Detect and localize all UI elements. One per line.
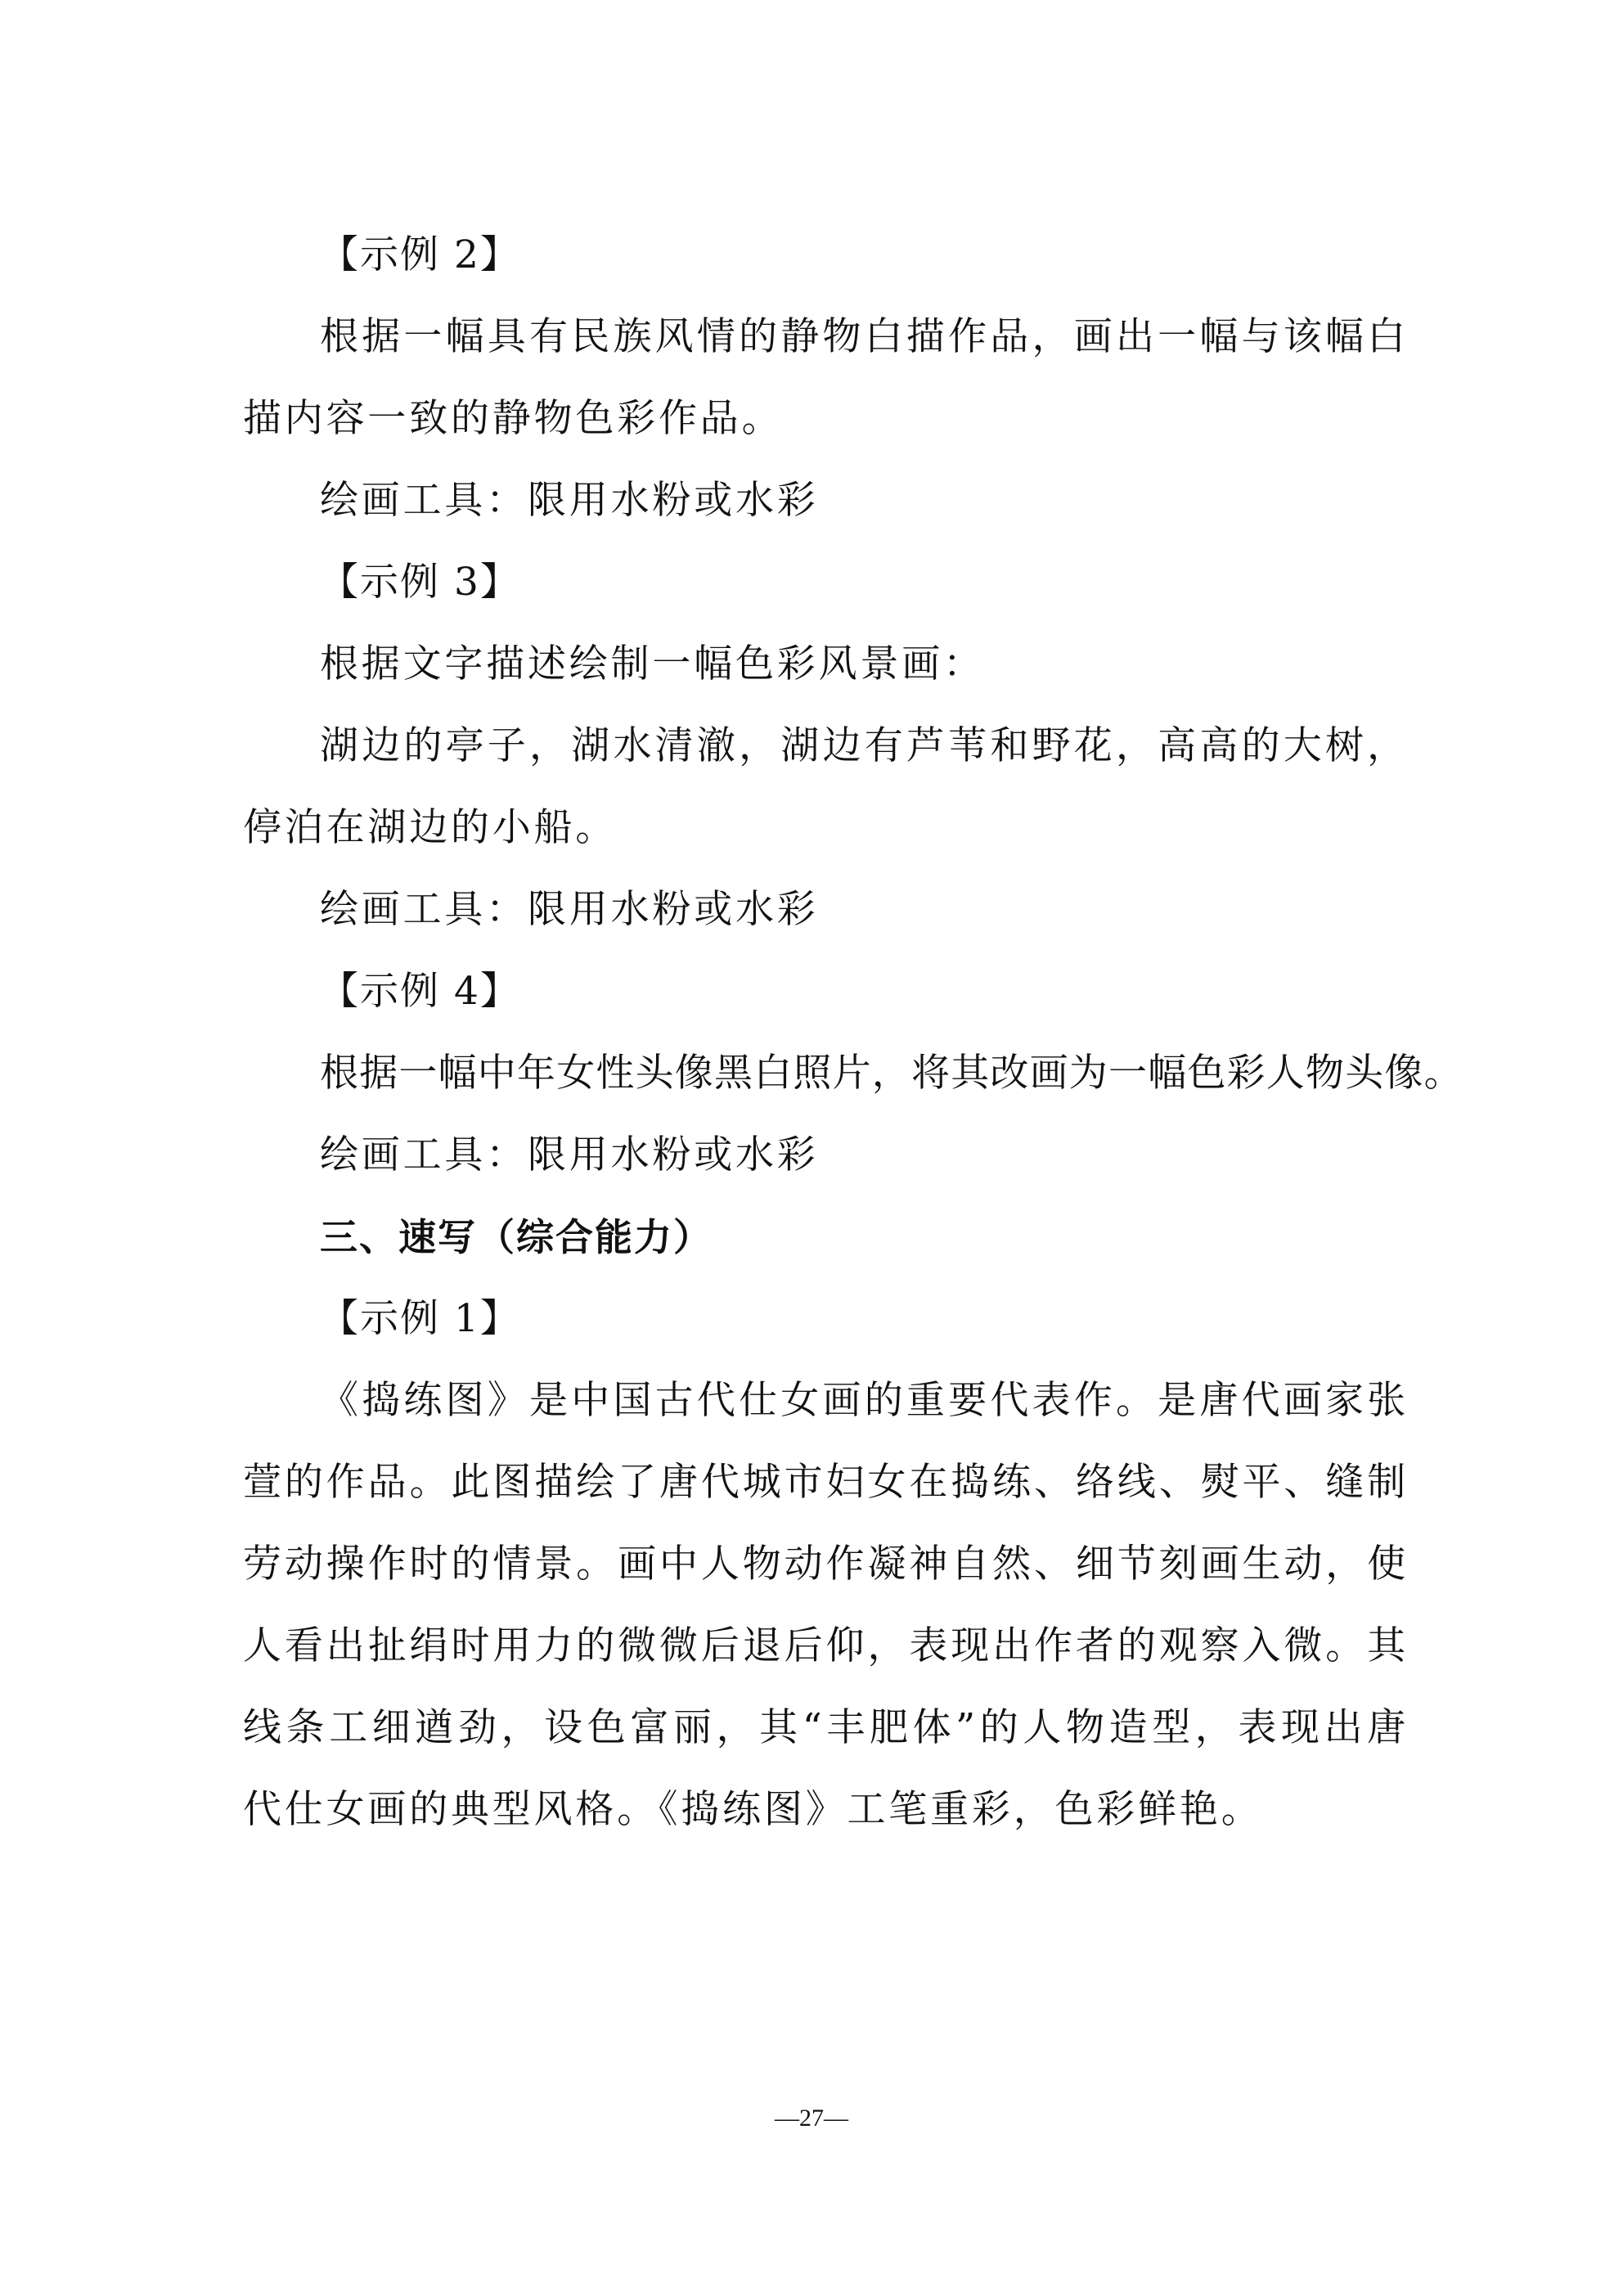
example-2-description: 根据一幅具有民族风情的静物白描作品，画出一幅与该幅白描内容一致的静物色彩作品。 [243,296,1409,460]
example-4-tools: 绘画工具：限用水粉或水彩 [243,1114,1409,1196]
sketch-example-1-description: 《捣练图》是中国古代仕女画的重要代表作。是唐代画家张萱的作品。此图描绘了唐代城市… [243,1360,1409,1851]
example-2-label: 【示例 2】 [243,214,1409,296]
example-3-tools: 绘画工具：限用水粉或水彩 [243,869,1409,951]
example-4-description: 根据一幅中年女性头像黑白照片，将其改画为一幅色彩人物头像。 [243,1033,1409,1114]
example-2-tools: 绘画工具：限用水粉或水彩 [243,460,1409,542]
section-heading: 三、速写（综合能力） [243,1196,1409,1278]
example-3-description: 湖边的亭子，湖水清澈，湖边有芦苇和野花，高高的大树，停泊在湖边的小船。 [243,705,1409,869]
example-3-label: 【示例 3】 [243,542,1409,624]
page-number: —27— [0,2105,1623,2132]
document-page: 【示例 2】 根据一幅具有民族风情的静物白描作品，画出一幅与该幅白描内容一致的静… [243,214,1409,1851]
example-4-label: 【示例 4】 [243,951,1409,1033]
example-3-intro: 根据文字描述绘制一幅色彩风景画： [243,624,1409,705]
sketch-example-1-label: 【示例 1】 [243,1278,1409,1360]
